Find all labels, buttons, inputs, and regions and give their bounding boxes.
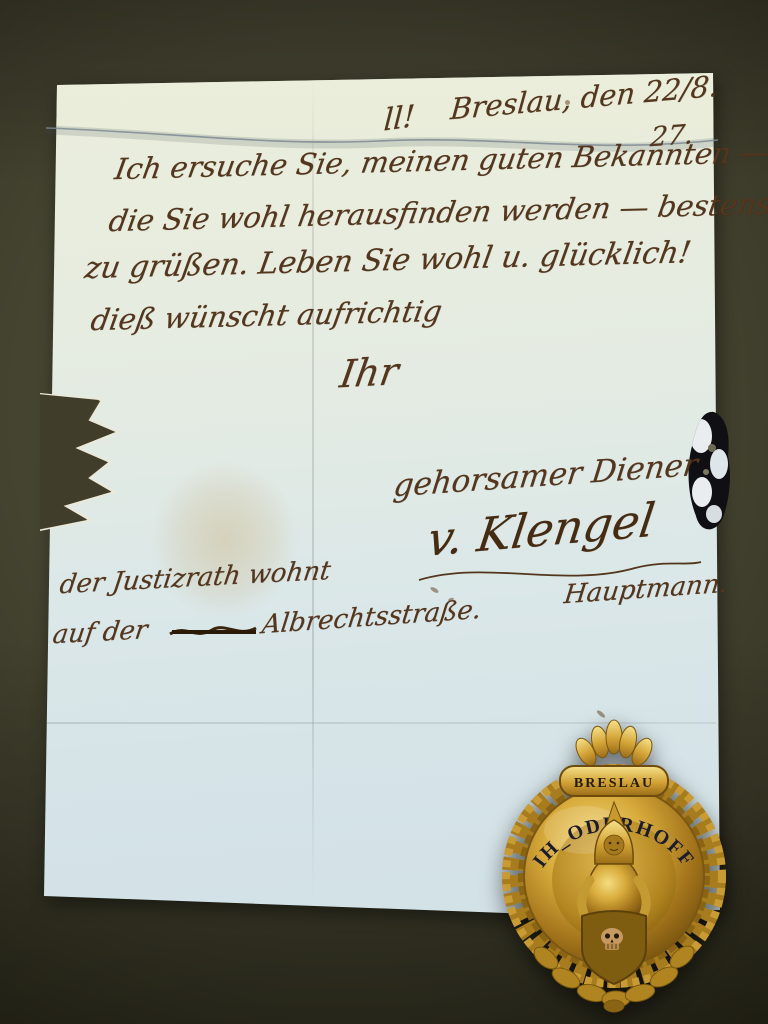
obscured-word-fragment: ll!	[383, 99, 416, 139]
valediction-intro: Ihr	[337, 349, 402, 396]
crossed-out-word	[168, 620, 260, 646]
breslau-medallion: BRESLAU IH_ODERHOFF	[498, 710, 730, 1015]
crown-ornament	[572, 720, 656, 769]
photo-background: Breslau, den 22/8. 27. ll! Ich ersuche S…	[0, 0, 768, 1024]
torn-edge-notch	[40, 386, 140, 538]
ink-speck	[565, 100, 570, 105]
banner-text: BRESLAU	[574, 776, 654, 791]
postscript-line-2-prefix: auf der	[51, 615, 150, 650]
